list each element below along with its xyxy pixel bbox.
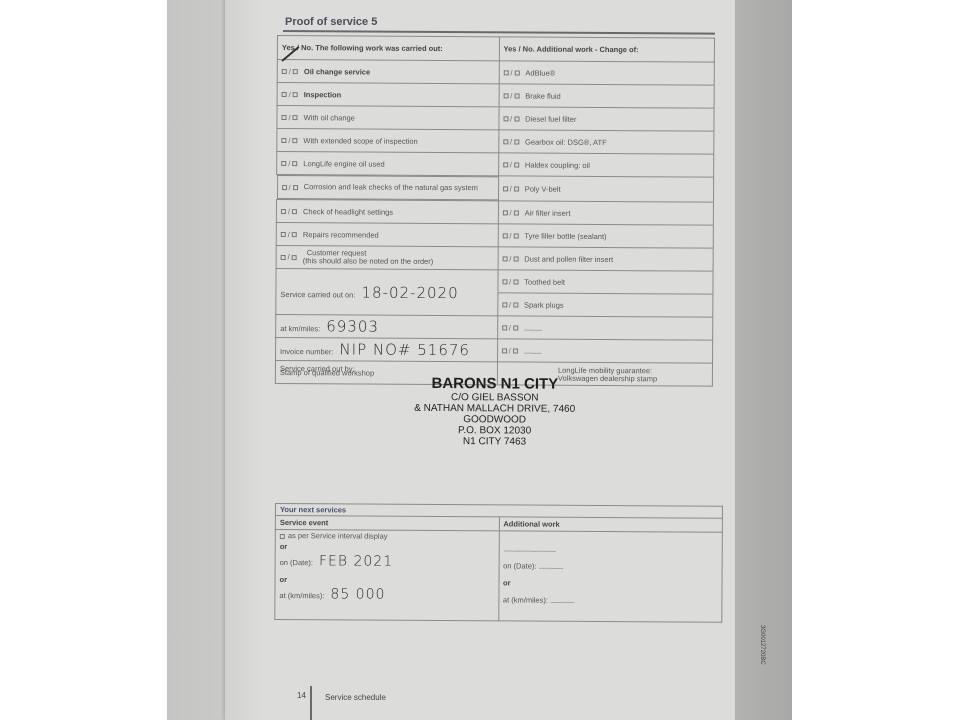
no-checkbox[interactable]	[513, 256, 518, 261]
yes-checkbox[interactable]	[502, 210, 507, 215]
additional-item-diesel-filter: /Diesel fuel filter	[499, 107, 715, 131]
work-item-customer-request: /Customer request(this should also be no…	[276, 245, 498, 269]
footer-divider	[310, 686, 312, 720]
booklet-page: Proof of service 5 Yes / No. The followi…	[225, 0, 735, 720]
service-date-field[interactable]: Service carried out on:18-02-2020	[276, 268, 498, 315]
no-checkbox[interactable]	[513, 302, 518, 307]
additional-work-body: ........................................…	[498, 531, 722, 622]
no-checkbox[interactable]	[292, 138, 297, 143]
yes-checkbox[interactable]	[502, 233, 507, 238]
title-divider	[283, 30, 715, 35]
yes-checkbox[interactable]	[503, 162, 508, 167]
yes-checkbox[interactable]	[503, 139, 508, 144]
service-event-body: as per Service interval display or on (D…	[275, 530, 499, 621]
no-checkbox[interactable]	[514, 186, 519, 191]
no-checkbox[interactable]	[514, 93, 519, 98]
work-item-gas-corrosion-check: /Corrosion and leak checks of the natura…	[276, 175, 497, 200]
additional-item-pollen-filter: /Dust and pollen filter insert	[498, 247, 714, 271]
no-checkbox[interactable]	[293, 69, 298, 74]
dealership-stamp-label: Volkswagen dealership stamp	[558, 374, 657, 384]
work-item-with-oil-change: /With oil change	[277, 106, 499, 130]
yes-checkbox[interactable]	[281, 161, 286, 166]
no-checkbox[interactable]	[293, 92, 298, 97]
yes-checkbox[interactable]	[502, 256, 507, 261]
work-item-longlife-oil: /LongLife engine oil used	[277, 152, 499, 176]
invoice-field[interactable]: Invoice number:NIP NO# 51676	[276, 337, 498, 361]
yes-checkbox[interactable]	[282, 185, 287, 190]
no-checkbox[interactable]	[292, 209, 297, 214]
yes-checkbox[interactable]	[502, 279, 507, 284]
additional-km-field[interactable]: at (km/miles): ......................	[503, 594, 718, 606]
next-services-table: Your next services Service event Additio…	[274, 503, 723, 623]
additional-date-field[interactable]: on (Date): ......................	[503, 560, 718, 572]
work-item-oil-change: /Oil change service	[277, 60, 499, 84]
next-km-field[interactable]: at (km/miles):85 000	[279, 589, 494, 602]
stamp-divider	[497, 362, 498, 384]
work-item-headlight-check: /Check of headlight settings	[276, 199, 498, 223]
yes-checkbox[interactable]	[282, 69, 287, 74]
next-km-value: 85 000	[330, 586, 385, 602]
no-checkbox[interactable]	[513, 325, 518, 330]
stamp-area: Service carried out by: LongLife mobilit…	[275, 360, 712, 386]
invoice-value: NIP NO# 51676	[339, 340, 470, 359]
dealership-stamp: BARONS N1 CITY C/O GIEL BASSON & NATHAN …	[275, 375, 713, 449]
next-date-field[interactable]: on (Date):FEB 2021	[280, 556, 495, 569]
right-column-header: Yes / No. Additional work - Change of:	[499, 37, 715, 62]
left-column-header: Yes / No. The following work was carried…	[277, 36, 499, 61]
additional-item-tyre-filler: /Tyre filler bottle (sealant)	[498, 224, 714, 248]
background-surface	[167, 0, 227, 720]
stamp-line: N1 CITY 7463	[275, 435, 713, 449]
additional-item-poly-v-belt: /Poly V-belt	[498, 176, 714, 202]
additional-work-field[interactable]: ........................................…	[503, 543, 718, 555]
additional-work-header: Additional work	[499, 517, 723, 532]
no-checkbox[interactable]	[514, 116, 519, 121]
additional-item-blank-2: /................	[497, 339, 713, 363]
booklet-edge	[732, 0, 792, 720]
additional-item-toothed-belt: /Toothed belt	[498, 270, 714, 294]
no-checkbox[interactable]	[513, 233, 518, 238]
no-checkbox[interactable]	[514, 70, 519, 75]
no-checkbox[interactable]	[513, 348, 518, 353]
additional-item-haldex: /Haldex coupling: oil	[498, 153, 714, 177]
page-number: 14	[297, 691, 306, 700]
yes-checkbox[interactable]	[503, 93, 508, 98]
yes-checkbox[interactable]	[503, 116, 508, 121]
yes-checkbox[interactable]	[282, 92, 287, 97]
mileage-field[interactable]: at km/miles:69303	[276, 314, 498, 338]
no-checkbox[interactable]	[292, 161, 297, 166]
no-checkbox[interactable]	[514, 210, 519, 215]
yes-checkbox[interactable]	[503, 70, 508, 75]
yes-checkbox[interactable]	[502, 348, 507, 353]
no-checkbox[interactable]	[292, 232, 297, 237]
no-checkbox[interactable]	[514, 162, 519, 167]
no-checkbox[interactable]	[292, 255, 297, 260]
additional-item-gearbox-oil: /Gearbox oil: DSG®, ATF	[498, 130, 714, 154]
interval-checkbox[interactable]	[280, 534, 285, 539]
additional-item-blank-1: /................	[497, 316, 713, 340]
yes-checkbox[interactable]	[502, 302, 507, 307]
yes-checkbox[interactable]	[281, 138, 286, 143]
additional-item-adblue: /AdBlue®	[499, 61, 715, 85]
yes-checkbox[interactable]	[281, 115, 286, 120]
yes-checkbox[interactable]	[502, 325, 507, 330]
yes-checkbox[interactable]	[281, 209, 286, 214]
no-checkbox[interactable]	[293, 185, 298, 190]
service-event-header: Service event	[275, 516, 499, 531]
no-checkbox[interactable]	[293, 115, 298, 120]
yes-checkbox[interactable]	[281, 232, 286, 237]
page-gutter	[225, 0, 265, 720]
yes-checkbox[interactable]	[281, 255, 286, 260]
service-date-value: 18-02-2020	[361, 283, 458, 302]
work-item-extended-inspection: /With extended scope of inspection	[277, 129, 499, 153]
mileage-value: 69303	[326, 317, 379, 335]
proof-of-service-table: Yes / No. The following work was carried…	[275, 35, 715, 387]
additional-item-brake-fluid: /Brake fluid	[499, 84, 715, 108]
yes-checkbox[interactable]	[503, 186, 508, 191]
no-checkbox[interactable]	[514, 139, 519, 144]
part-number: 3G0012720BC	[759, 625, 765, 665]
document-photo: Proof of service 5 Yes / No. The followi…	[167, 0, 792, 720]
section-title: Service schedule	[325, 693, 386, 702]
next-date-value: FEB 2021	[319, 553, 393, 569]
additional-item-spark-plugs: /Spark plugs	[497, 293, 713, 317]
page-title: Proof of service 5	[285, 16, 377, 28]
work-item-repairs: /Repairs recommended	[276, 222, 498, 246]
additional-item-air-filter: /Air filter insert	[498, 201, 714, 225]
workshop-stamp-label: Stamp of qualified workshop	[280, 368, 374, 378]
work-item-inspection: /Inspection	[277, 83, 499, 107]
no-checkbox[interactable]	[513, 279, 518, 284]
